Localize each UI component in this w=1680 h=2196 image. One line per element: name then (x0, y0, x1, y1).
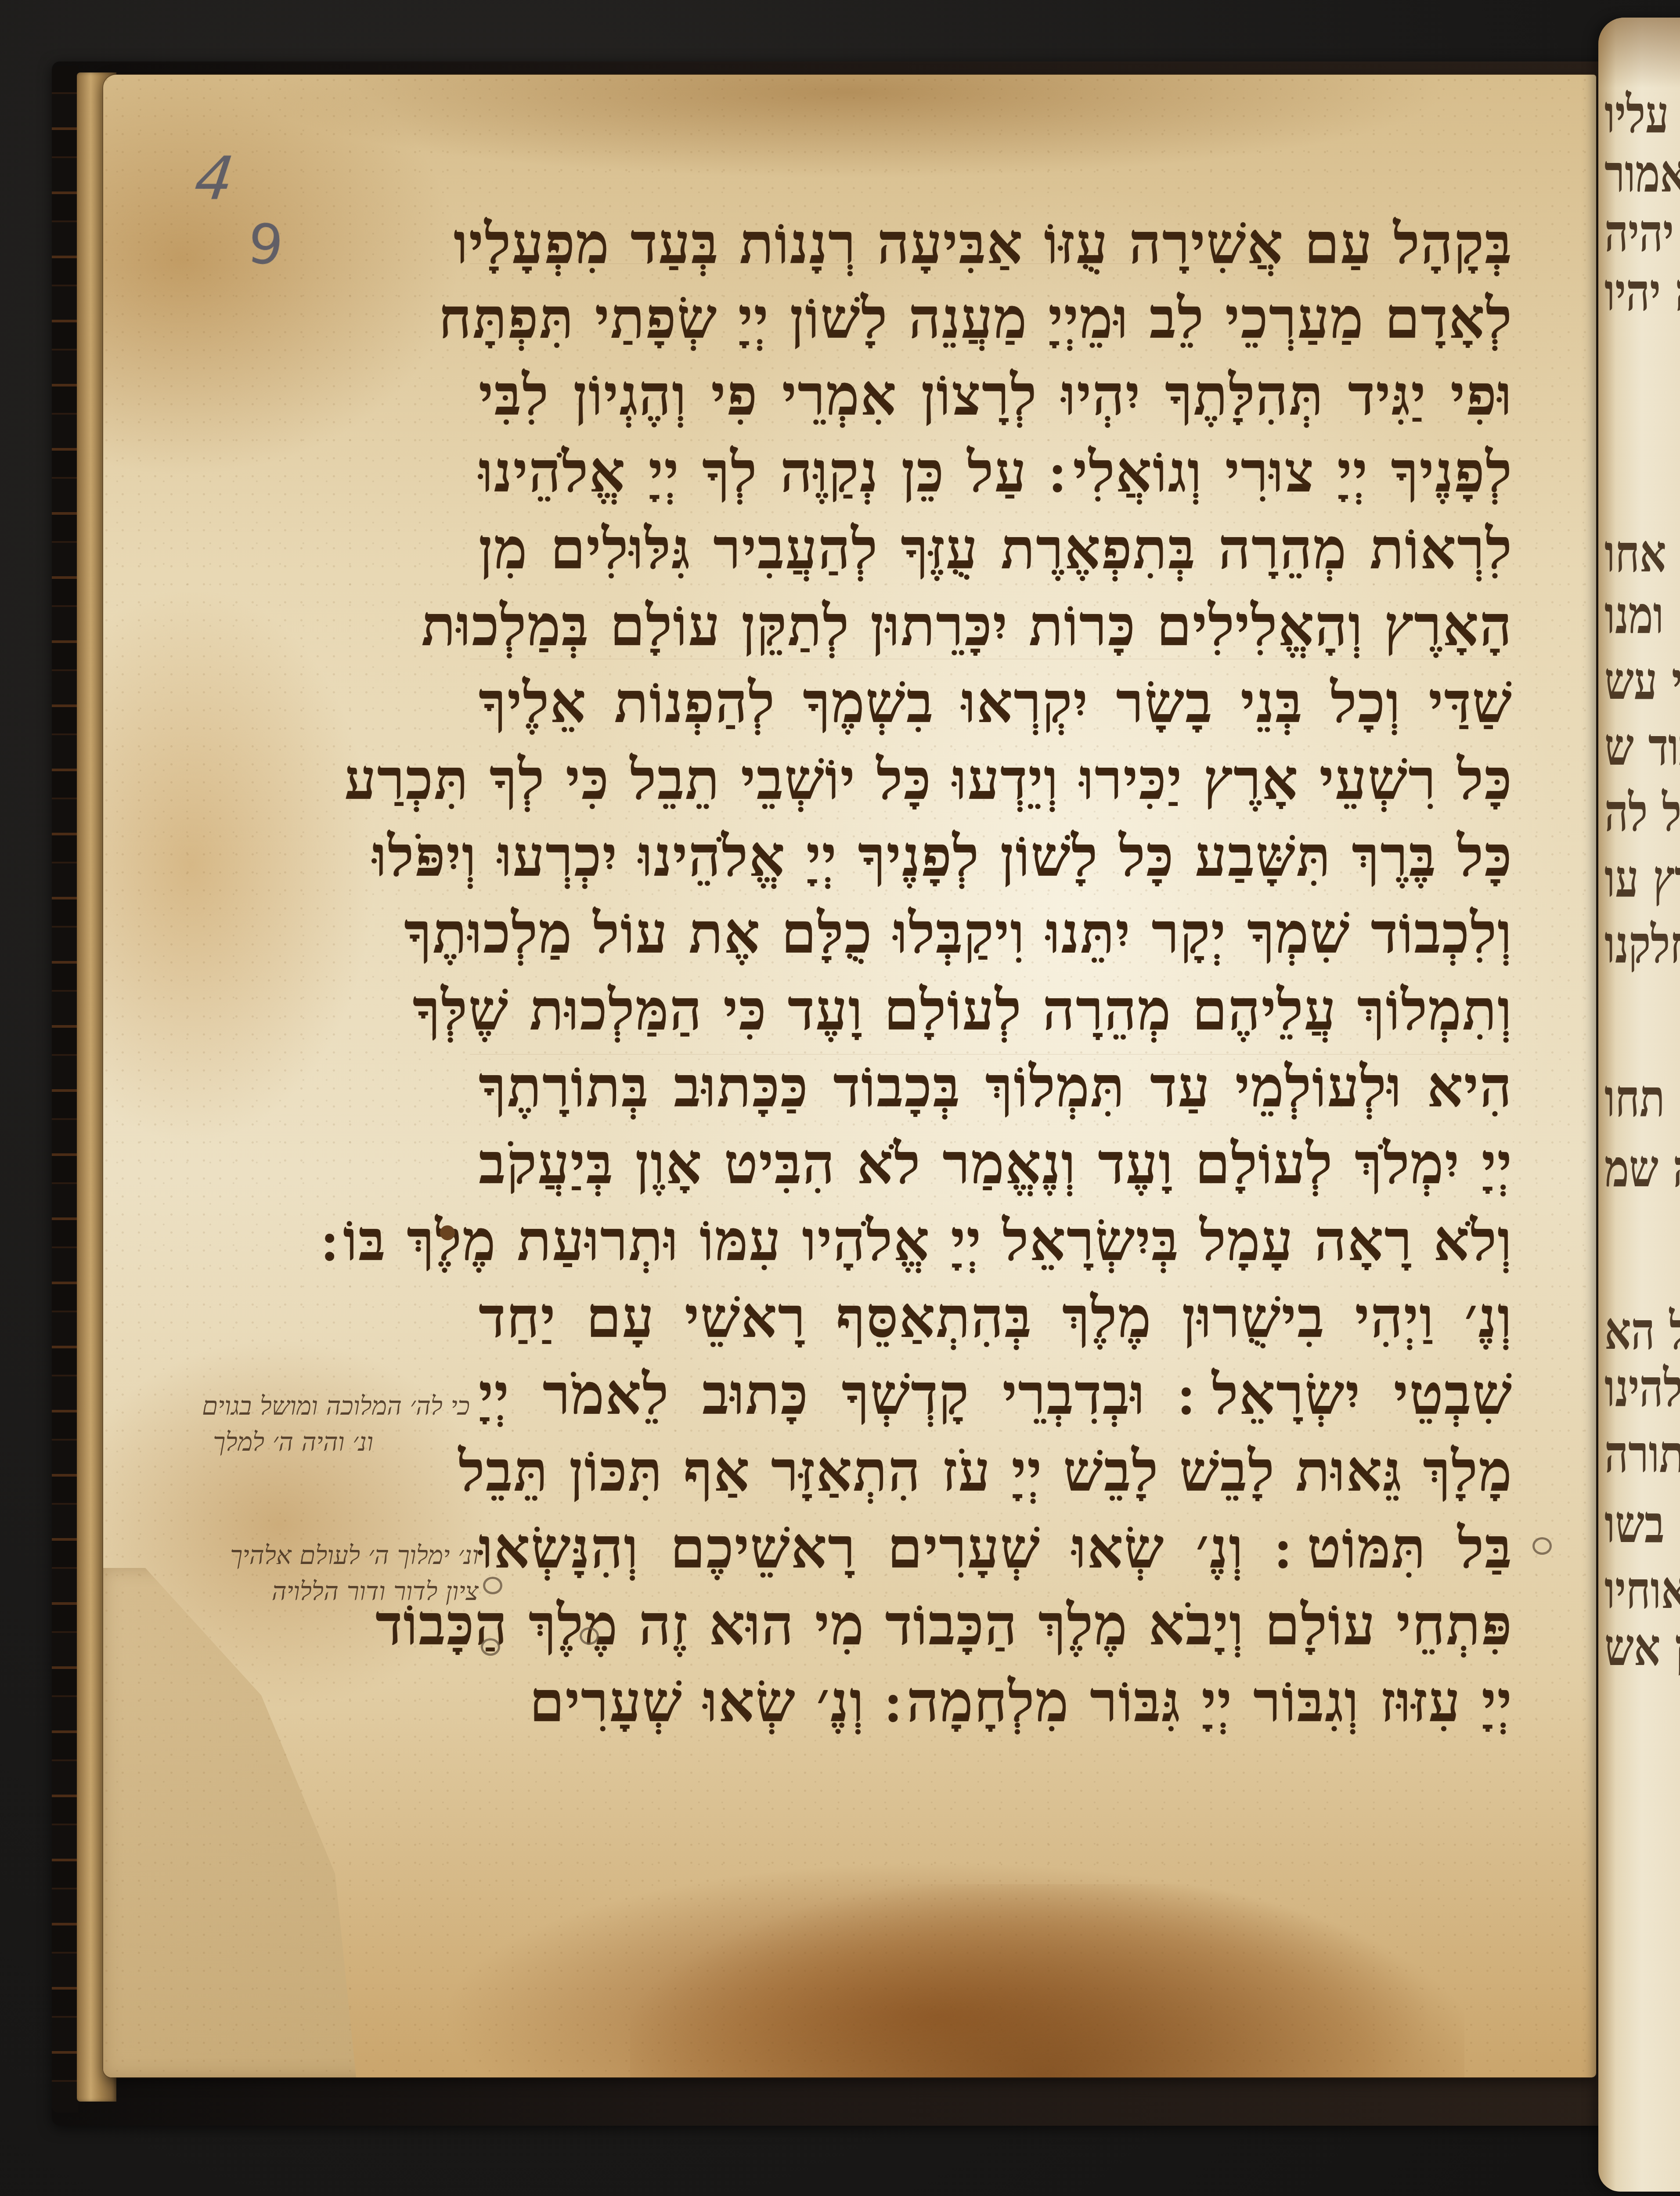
text-line: וְנֶ׳ וַיְהִי בִישֻׁרוּן מֶלֶךְ בְּהִתְא… (479, 1285, 1513, 1351)
reference-circle-icon (580, 1627, 599, 1645)
text-line: לִרְאוֹת מְהֵרָה בְּתִפְאֶרֶת עֻזֶּךָ לְ… (479, 516, 1513, 582)
facing-page-edge: תבת עליו כאמור דש יהיה נעה יהיו בקר אחו … (1598, 18, 1680, 2192)
folio-number-ones: 9 (245, 216, 286, 274)
facing-page-fragment: הארץ עו (1604, 848, 1680, 909)
reference-circle-icon (483, 1577, 502, 1594)
facing-page-fragment: כוה שמ (1604, 1138, 1680, 1199)
text-line-content: וְלֹא רָאָה עָמָל בְּיִשְׂרָאֵל יְיָ אֱל… (322, 1208, 1513, 1274)
reference-circle-icon (481, 1638, 500, 1656)
facing-page-fragment: ן הכל לה (1604, 782, 1680, 843)
water-stain (630, 1884, 1464, 2077)
facing-page-fragment: מון אש (1604, 1616, 1680, 1678)
text-line: לְפָנֶיךָ יְיָ צוּרִי וְגוֹאֲלִי ׃ עַל כ… (479, 439, 1513, 505)
facing-page-fragment: הים בשו (1604, 1493, 1680, 1555)
text-line: יְיָ עִזּוּז וְגִבּוֹר יְיָ גִּבּוֹר מִל… (479, 1669, 1513, 1735)
text-line: פִּתְחֵי עוֹלָם וְיָבֹא מֶלֶךְ הַכָּבוֹד… (479, 1592, 1513, 1658)
facing-page-fragment: אוחיו (1604, 1559, 1680, 1621)
marginal-note-line: ציון לדור ודור הללויה (145, 1573, 479, 1609)
text-line: וְתִמְלוֹךְ עֲלֵיהֶם מְהֵרָה לְעוֹלָם וָ… (479, 977, 1513, 1043)
text-line: לְאָדָם מַעַרְכֵי לֵב וּמֵיְיָ מַעֲנֵה ל… (479, 285, 1513, 351)
text-line: כָּל בֶּרֶךְ תִּשָּׁבַע כָּל לָשׁוֹן לְפ… (479, 823, 1513, 889)
text-line: וְלֹא רָאָה עָמָל בְּיִשְׂרָאֵל יְיָ אֱל… (479, 1208, 1513, 1274)
text-line: בַּל תִּמּוֹט ׃ וְנֶ׳ שְׂאוּ שְׁעָרִים ר… (479, 1515, 1513, 1581)
facing-page-fragment: רש תחו (1604, 1067, 1680, 1129)
facing-page-fragment: לכבוד ש (1604, 716, 1680, 777)
ruling-line (470, 659, 1511, 659)
facing-page-fragment: תבת עליו (1604, 83, 1680, 145)
marginal-note: כי לה׳ המלוכה ומושל בגוים ונ׳ והיה ה׳ למ… (145, 1388, 470, 1460)
bullet-dot-icon (440, 1225, 455, 1240)
text-line: וּפִי יַגִּיד תְּהִלָּתֶךָ יִהְיוּ לְרָצ… (479, 362, 1513, 428)
facing-page-fragment: בקר אחו (1604, 523, 1680, 584)
facing-page-fragment: בתורה (1604, 1423, 1680, 1484)
facing-page-fragment: רים ומנו (1604, 584, 1680, 646)
text-line: הָאָרֶץ וְהָאֱלִילִים כָּרוֹת יִכָּרֵתוּ… (479, 593, 1513, 659)
facing-page-fragment: על הא (1604, 1300, 1680, 1362)
facing-page-fragment: דש יהיה (1604, 202, 1680, 264)
facing-page-fragment: כאמור (1604, 143, 1680, 204)
facing-page-fragment: נעה יהיו (1604, 261, 1680, 323)
binding-spine-edge (52, 66, 78, 2113)
text-line: יְיָ יִמְלֹךְ לְעוֹלָם וָעֶד וְנֶאֱמַר ל… (479, 1131, 1513, 1197)
text-line: שַׁדַּי וְכָל בְּנֵי בָשָׂר יִקְרְאוּ בִ… (479, 670, 1513, 736)
text-line: מָלָךְ גֵּאוּת לָבֵשׁ לָבֵשׁ יְיָ עֹז הִ… (479, 1438, 1513, 1504)
reference-circle-icon (1532, 1537, 1552, 1555)
text-line: הִיא וּלְעוֹלְמֵי עַד תִּמְלוֹךְ בְּכָבו… (479, 1054, 1513, 1120)
marginal-note-line: ונ׳ ימלוך ה׳ לעולם אלהיך (145, 1537, 479, 1573)
text-line: שִׁבְטֵי יִשְׂרָאֵל ׃ וּבְדִבְרֵי קָדְשְ… (479, 1362, 1513, 1427)
text-line: כָּל רִשְׁעֵי אָרֶץ יַכִּירוּ וְיֵדְעוּ … (479, 747, 1513, 813)
text-line: בְּקָהָל עַם אֲשִׁירָה עֻזּוֹ אַבִּיעָה … (479, 211, 1513, 277)
marginal-note-line: כי לה׳ המלוכה ומושל בגוים (145, 1388, 470, 1424)
marginal-note: ונ׳ ימלוך ה׳ לעולם אלהיך ציון לדור ודור … (145, 1537, 479, 1609)
facing-page-fragment: ושבי עש (1604, 650, 1680, 712)
text-line: וְלִכְבוֹד שִׁמְךָ יְקָר יִתֵּנוּ וִיקַב… (479, 900, 1513, 966)
facing-page-fragment: אלהינו (1604, 1357, 1680, 1419)
facing-page-fragment: חלקנו (1604, 914, 1680, 975)
marginal-note-line: ונ׳ והיה ה׳ למלך (145, 1424, 470, 1460)
